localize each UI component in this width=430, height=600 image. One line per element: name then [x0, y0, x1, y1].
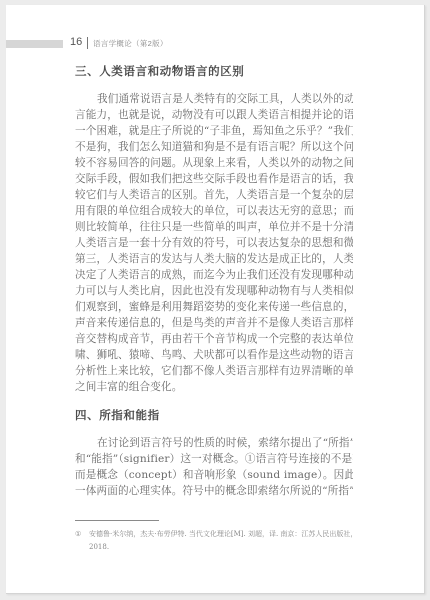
page-number: 16: [70, 36, 82, 48]
text-line: 言能力，也就是说，动物没有可以跟人类语言相提并论的语言。这里有: [75, 107, 353, 123]
text-line: 一体两面的心理实体。符号中的概念即索绪尔所说的“所指”，音响形: [75, 483, 353, 499]
text-line: 一个困难，就是庄子所说的“子非鱼，焉知鱼之乐乎？”我们不是猫，: [75, 123, 353, 139]
text-line: 之间丰富的组合变化。: [75, 379, 353, 395]
text-line: 较它们与人类语言的区别。首先，人类语言是一个复杂的层级系统，即: [75, 187, 353, 203]
text-line: 不是狗，我们怎么知道猫和狗是不是有语言呢？所以这个问题是一个比: [75, 139, 353, 155]
text-line: 而是概念（concept）和音响形象（sound image）。因此语言符号是一…: [75, 467, 353, 483]
footnote: ①安德鲁·米尔纳，杰夫·布劳伊特. 当代文化理论[M]. 刘超，译. 南京：江苏…: [75, 528, 357, 540]
footnote-mark: ①: [75, 528, 89, 540]
text-line: 分析性上来比较，它们都不像人类语言那样有边界清晰的单位以及单位: [75, 363, 353, 379]
text-line: 我们通常说语言是人类特有的交际工具，人类以外的动物不具备语: [75, 91, 353, 107]
paragraph-animal-language: 我们通常说语言是人类特有的交际工具，人类以外的动物不具备语 言能力，也就是说，动…: [75, 91, 353, 395]
text-line: 啸、狮吼、猿啼、鸟鸣、犬吠都可以看作是这些动物的语言，但是从可: [75, 347, 353, 363]
text-line: 音交替构成音节，再由若干个音节构成一个完整的表达单位。狼嚎、虎: [75, 331, 353, 347]
text-line: 人类语言是一套十分有效的符号，可以表达复杂的思想和微妙的情感。: [75, 235, 353, 251]
text-line: 力可以与人类比肩，因此也没有发现哪种动物有与人类相似的语言。我: [75, 283, 353, 299]
text-line: 们观察到，蜜蜂是利用舞蹈姿势的变化来传递一些信息的，鸟类是利用: [75, 299, 353, 315]
text-line: 决定了人类语言的成熟，而迄今为止我们还没有发现哪种动物的思维能: [75, 267, 353, 283]
footnote-rule: [75, 520, 159, 521]
paragraph-signified-signifier: 在讨论到语言符号的性质的时候，索绪尔提出了“所指”（signified） 和“能…: [75, 435, 353, 499]
text-line: 较不容易回答的问题。从现象上来看，人类以外的动物之间也有自己的: [75, 155, 353, 171]
text-line: 声音来传递信息的，但是鸟类的声音并不是像人类语言那样由元音和辅: [75, 315, 353, 331]
text-line: 用有限的单位组合成较大的单位，可以表达无穷的意思；而动物的语言: [75, 203, 353, 219]
text-line: 交际手段，假如我们把这些交际手段也看作是语言的话，我们则可以比: [75, 171, 353, 187]
footnote-text: 安德鲁·米尔纳，杰夫·布劳伊特. 当代文化理论[M]. 刘超，译. 南京：江苏人…: [89, 530, 357, 538]
document-page: 16 语言学概论（第2版） 三、人类语言和动物语言的区别 我们通常说语言是人类特…: [6, 5, 425, 594]
footnote-continuation: 2018.: [75, 541, 109, 553]
running-title: 语言学概论（第2版）: [93, 38, 168, 49]
section-heading-3: 三、人类语言和动物语言的区别: [75, 63, 244, 79]
section-heading-4: 四、所指和能指: [75, 407, 160, 423]
text-line: 在讨论到语言符号的性质的时候，索绪尔提出了“所指”（signified）: [75, 435, 353, 451]
text-line: 和“能指”（signifier）这一对概念。①语言符号连接的不是事物和名称，: [75, 451, 353, 467]
header-bar: [6, 40, 63, 48]
header-separator: [87, 37, 88, 49]
text-line: 第三，人类语言的发达与人类大脑的发达是成正比的，人类思维的成熟: [75, 251, 353, 267]
text-line: 则比较简单，往往只是一些简单的叫声，单位并不是十分清晰。第二，: [75, 219, 353, 235]
